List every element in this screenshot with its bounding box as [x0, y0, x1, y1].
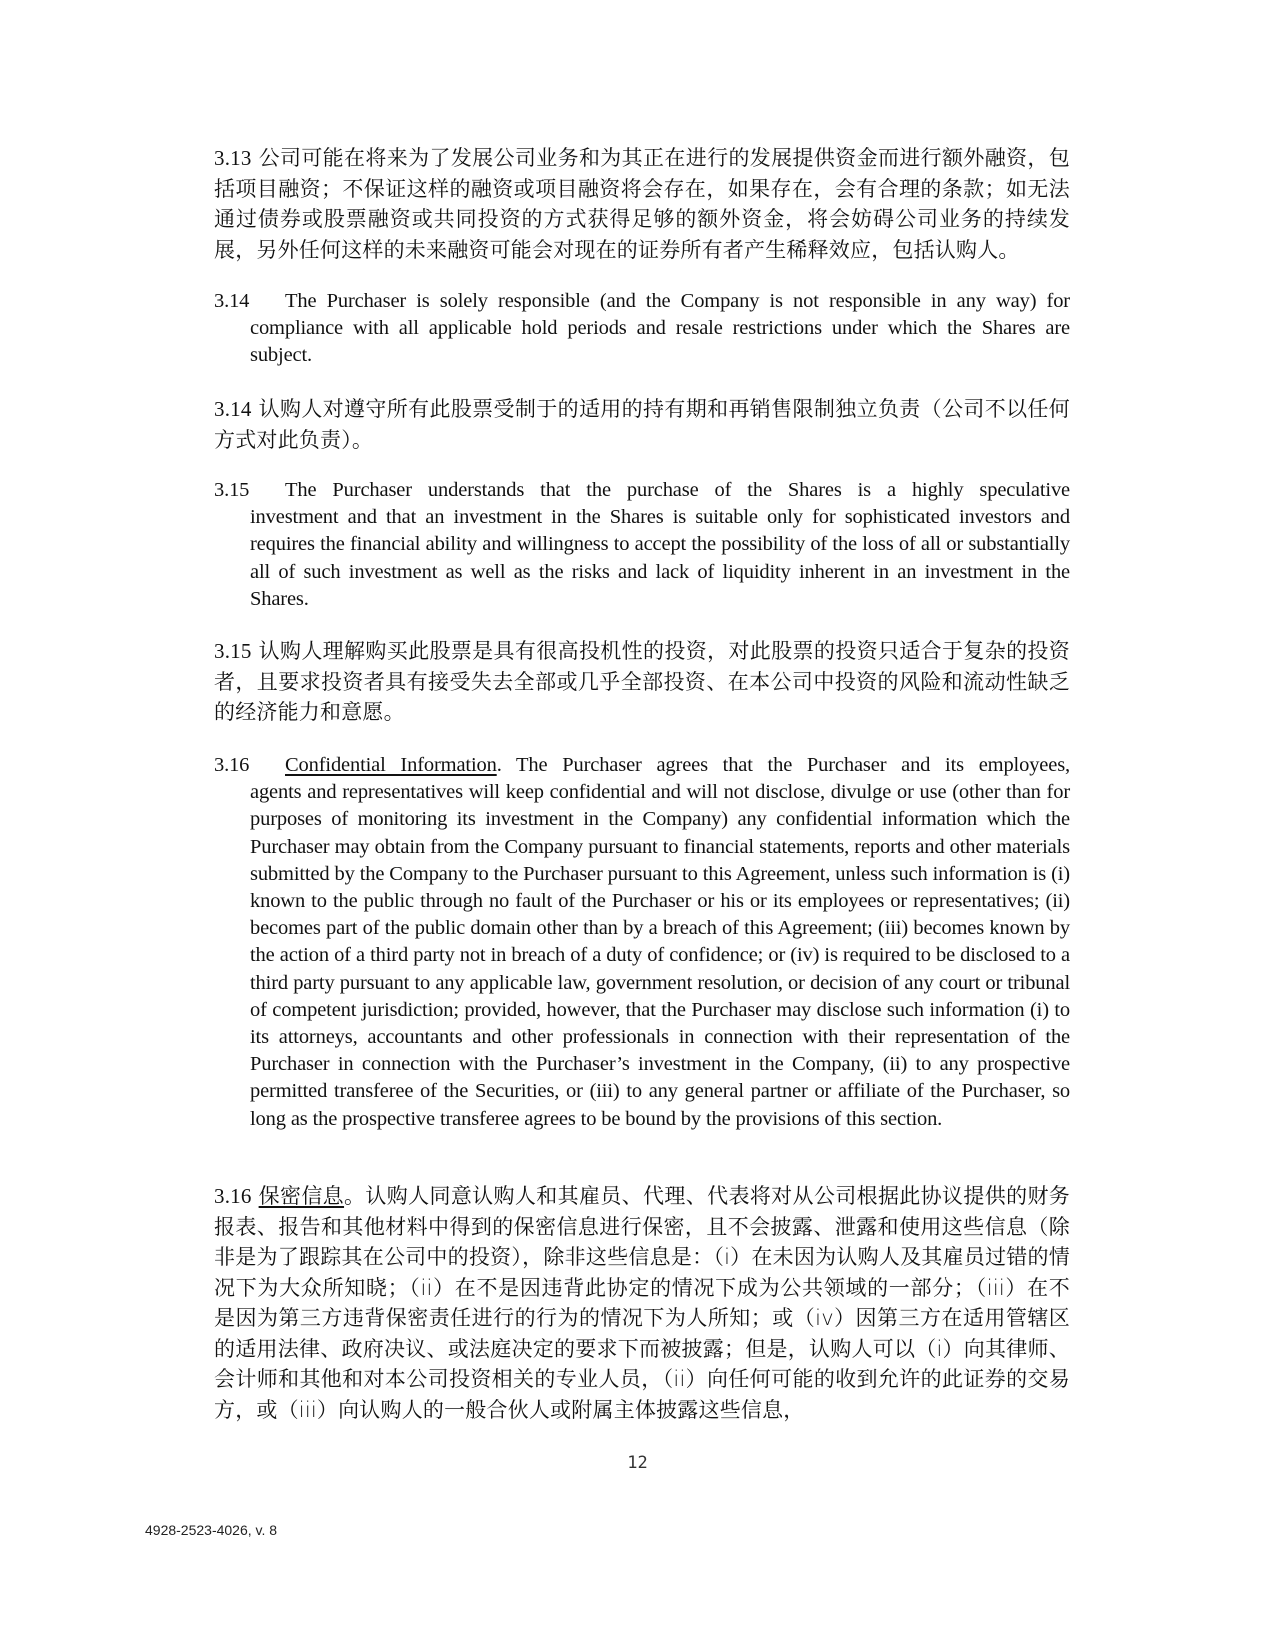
section-first-line: 3.14The Purchaser is solely responsible … — [214, 288, 1070, 315]
document-id: 4928-2523-4026, v. 8 — [145, 1522, 277, 1538]
page-number: 12 — [0, 1453, 1275, 1473]
section-number: 3.16 — [214, 752, 285, 779]
section-first-line-text: The Purchaser understands that the purch… — [285, 479, 1070, 501]
section-first-line-text: The Purchaser is solely responsible (and… — [285, 290, 1070, 312]
section-3-14-zh: 3.14 认购人对遵守所有此股票受制于的适用的持有期和再销售限制独立负责（公司不… — [214, 394, 1070, 455]
section-3-16-zh: 3.16 保密信息。认购人同意认购人和其雇员、代理、代表将对从公司根据此协议提供… — [214, 1181, 1070, 1425]
section-3-15-zh: 3.15 认购人理解购买此股票是具有很高投机性的投资，对此股票的投资只适合于复杂… — [214, 636, 1070, 728]
section-text: 认购人理解购买此股票是具有很高投机性的投资，对此股票的投资只适合于复杂的投资者，… — [214, 639, 1070, 724]
section-text: 认购人对遵守所有此股票受制于的适用的持有期和再销售限制独立负责（公司不以任何方式… — [214, 397, 1070, 452]
document-page: 3.13 公司可能在将来为了发展公司业务和为其正在进行的发展提供资金而进行额外融… — [0, 0, 1275, 1650]
section-3-14-en: 3.14The Purchaser is solely responsible … — [214, 288, 1070, 370]
section-number: 3.13 — [214, 146, 252, 170]
section-number: 3.14 — [214, 288, 285, 315]
section-text: 公司可能在将来为了发展公司业务和为其正在进行的发展提供资金而进行额外融资，包括项… — [214, 146, 1070, 262]
section-text: compliance with all applicable hold peri… — [214, 315, 1070, 369]
section-number: 3.14 — [214, 397, 252, 421]
section-first-line: 3.16Confidential Information. The Purcha… — [214, 752, 1070, 779]
section-3-16-en: 3.16Confidential Information. The Purcha… — [214, 752, 1070, 1133]
section-number: 3.16 — [214, 1184, 252, 1208]
section-3-13-zh: 3.13 公司可能在将来为了发展公司业务和为其正在进行的发展提供资金而进行额外融… — [214, 143, 1070, 265]
section-first-line: 3.15The Purchaser understands that the p… — [214, 477, 1070, 504]
section-first-line-text: . The Purchaser agrees that the Purchase… — [497, 754, 1070, 776]
section-3-15-en: 3.15The Purchaser understands that the p… — [214, 477, 1070, 613]
section-text: agents and representatives will keep con… — [214, 779, 1070, 1133]
section-number: 3.15 — [214, 639, 252, 663]
section-number: 3.15 — [214, 477, 285, 504]
section-text: 。认购人同意认购人和其雇员、代理、代表将对从公司根据此协议提供的财务报表、报告和… — [214, 1184, 1070, 1422]
section-text: investment and that an investment in the… — [214, 504, 1070, 613]
section-heading: Confidential Information — [285, 754, 497, 776]
section-heading: 保密信息 — [259, 1184, 344, 1208]
